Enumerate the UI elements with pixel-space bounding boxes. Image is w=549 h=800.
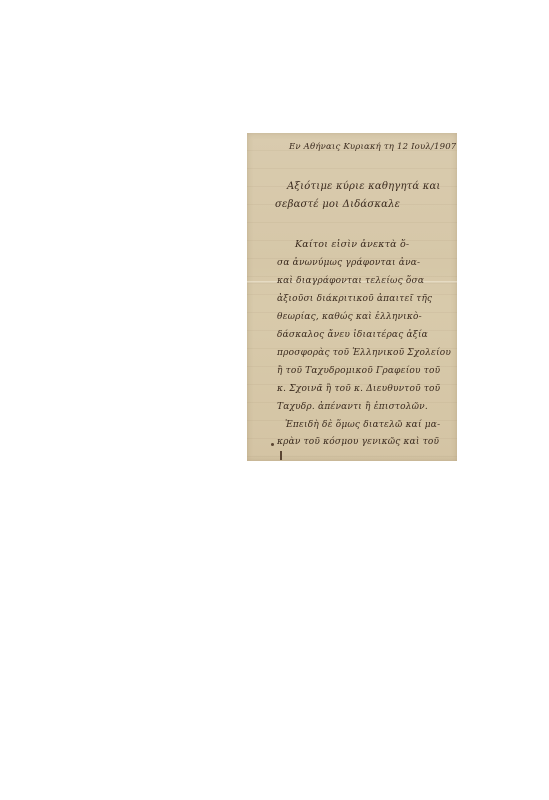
body-line: δάσκαλος ἄνευ ἰδιαιτέρας ἀξία [277, 330, 428, 340]
body-line: προσφορὰς τοῦ Ἑλληνικοῦ Σχολείου [277, 348, 451, 358]
body-line: κρὰν τοῦ κόσμου γενικῶς καὶ τοῦ [277, 437, 439, 447]
body-line: θεωρίας, καθώς καὶ ἐλληνικὸ- [277, 312, 422, 322]
salutation-line-1: Αξιότιμε κύριε καθηγητά και [287, 181, 441, 192]
margin-dot [271, 443, 274, 446]
body-line: Ἐπειδὴ δὲ ὅμως διατελῶ καί μα- [285, 420, 440, 430]
body-line: ἢ τοῦ Ταχυδρομικοῦ Γραφείου τοῦ [277, 366, 440, 376]
margin-stroke [280, 451, 282, 460]
body-line: Ταχυδρ. ἀπέναντι ἢ ἐπιστολῶν. [277, 402, 428, 412]
dateline: Εν Αθήναις Κυριακή τη 12 Ιουλ/1907 [289, 142, 456, 152]
body-line: ἀξιοῦσι διάκριτικοῦ ἀπαιτεῖ τῆς [277, 294, 432, 304]
body-line: καὶ διαγράφονται τελείως ὅσα [277, 276, 424, 286]
letter-page: Εν Αθήναις Κυριακή τη 12 Ιουλ/1907 Αξιότ… [247, 133, 457, 461]
body-line: σα ἀνωνύμως γράφονται ἀνα- [277, 258, 420, 268]
body-line: κ. Σχοινᾶ ἢ τοῦ κ. Διευθυντοῦ τοῦ [277, 384, 440, 394]
salutation-line-2: σεβαστέ μοι Διδάσκαλε [275, 199, 400, 210]
body-line: Καίτοι εἰσὶν ἀνεκτὰ ὅ- [295, 239, 409, 250]
